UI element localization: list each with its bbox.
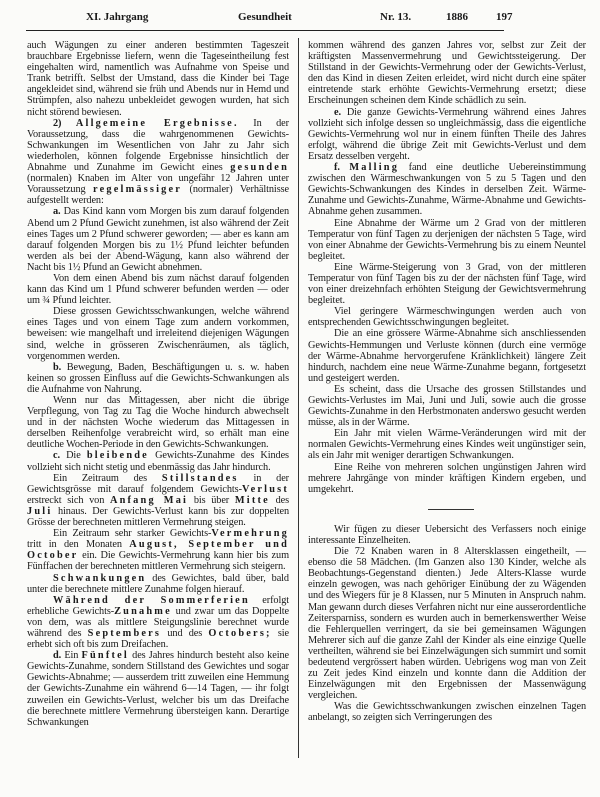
- journal-title: Gesundheit: [238, 11, 292, 23]
- paragraph: Ein Zeitraum des Stillstandes in der Gew…: [27, 473, 289, 528]
- paragraph-e: e. Die ganze Gewichts-Vermehrung während…: [308, 107, 586, 162]
- paragraph: Ein Zeitraum sehr starker Gewichts-Verme…: [27, 528, 289, 572]
- paragraph: auch Wägungen zu einer anderen bestimmte…: [27, 40, 289, 118]
- paragraph: Ein Jahr mit vielen Wärme-Veränderungen …: [308, 428, 586, 461]
- volume-label: XI. Jahrgang: [86, 11, 148, 23]
- column-divider: [298, 38, 299, 758]
- paragraph-c: c. Die bleibende Gewichts-Zunahme des Ki…: [27, 450, 289, 472]
- paragraph-d: d. Ein Fünftel des Jahres hindurch beste…: [27, 650, 289, 728]
- paragraph: Wir fügen zu dieser Uebersicht des Verfa…: [308, 524, 586, 546]
- paragraph: Schwankungen des Gewichtes, bald über, b…: [27, 573, 289, 595]
- left-column: auch Wägungen zu einer anderen bestimmte…: [27, 40, 289, 728]
- running-header: XI. Jahrgang Gesundheit Nr. 13. 1886 197: [26, 8, 512, 26]
- paragraph-general-results: 2) Allgemeine Ergebnisse. In der Vorauss…: [27, 118, 289, 207]
- paragraph: Die 72 Knaben waren in 8 Altersklassen e…: [308, 546, 586, 701]
- paragraph: Eine Wärme-Steigerung von 3 Grad, von de…: [308, 262, 586, 306]
- paragraph: Diese grossen Gewichtsschwankungen, welc…: [27, 306, 289, 361]
- paragraph: kommen während des ganzen Jahres vor, se…: [308, 40, 586, 107]
- paragraph: Die an eine grössere Wärme-Abnahme sich …: [308, 328, 586, 383]
- right-column: kommen während des ganzen Jahres vor, se…: [308, 40, 586, 724]
- paragraph-b: b. Bewegung, Baden, Beschäftigungen u. s…: [27, 362, 289, 395]
- section-heading: Allgemeine Ergebnisse.: [76, 118, 239, 129]
- paragraph: Eine Reihe von mehreren solchen ungünsti…: [308, 462, 586, 495]
- header-rule: [26, 30, 504, 31]
- paragraph: Von dem einen Abend bis zum nächst darau…: [27, 273, 289, 306]
- paragraph: Während der Sommerferien erfolgt erhebli…: [27, 595, 289, 650]
- section-separator: [428, 509, 474, 510]
- page-number: 197: [496, 11, 513, 23]
- paragraph: Es scheint, dass die Ursache des grossen…: [308, 384, 586, 428]
- paragraph-a: a. Das Kind kann vom Morgen bis zum dara…: [27, 206, 289, 273]
- issue-year: 1886: [446, 11, 468, 23]
- paragraph-f: f. Malling fand eine deutliche Uebereins…: [308, 162, 586, 217]
- paragraph: Wenn nur das Mittagessen, aber nicht die…: [27, 395, 289, 450]
- issue-number: Nr. 13.: [380, 11, 411, 23]
- paragraph: Eine Abnahme der Wärme um 2 Grad von der…: [308, 218, 586, 262]
- paragraph: Was die Gewichtsschwankungen zwischen ei…: [308, 701, 586, 723]
- paragraph: Viel geringere Wärmeschwingungen werden …: [308, 306, 586, 328]
